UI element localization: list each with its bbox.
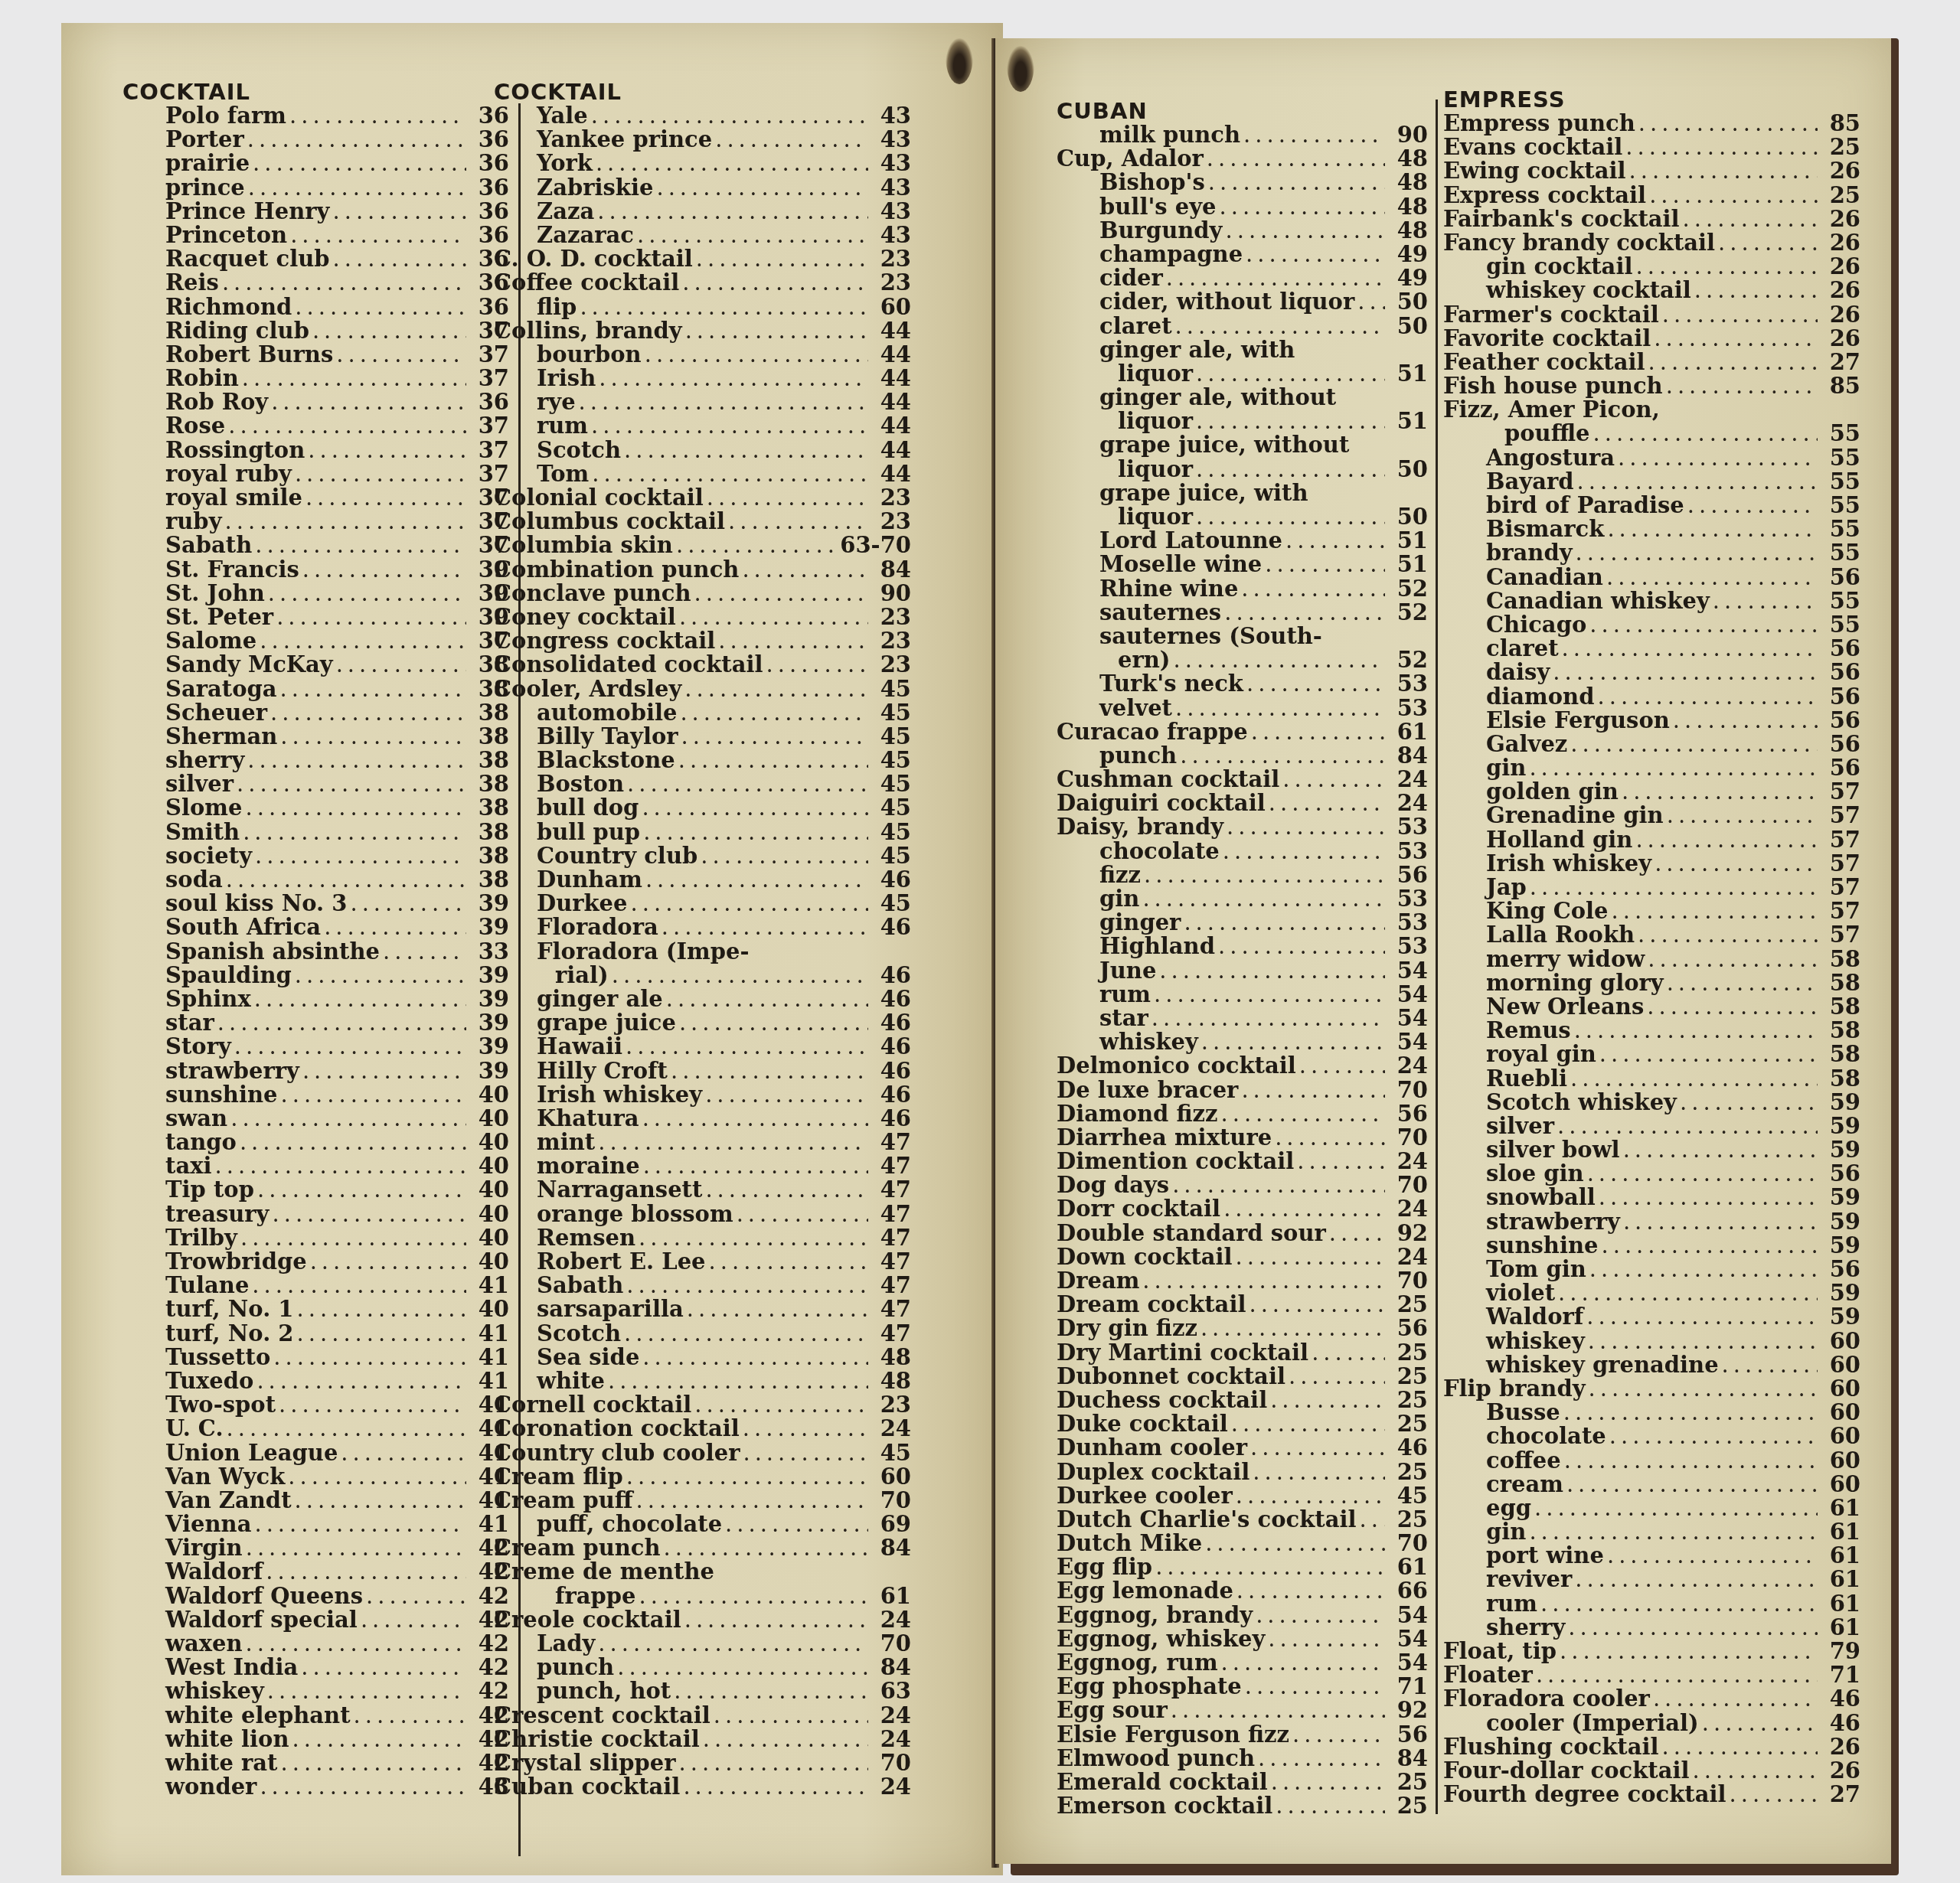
entry-page-number: 61 <box>1821 1616 1860 1640</box>
index-entry: rye44 <box>494 390 911 414</box>
index-entry: Tom gin56 <box>1443 1258 1860 1281</box>
entry-page-number: 50 <box>1388 315 1428 338</box>
dot-leader <box>1623 1138 1818 1162</box>
entry-name: puff, chocolate <box>537 1513 722 1536</box>
index-entry: West India42 <box>122 1656 509 1679</box>
dot-leader <box>1666 374 1818 398</box>
dot-leader <box>694 1393 868 1417</box>
index-entry: mint47 <box>494 1131 911 1154</box>
dot-leader <box>684 677 868 701</box>
open-book: COCKTAILPolo farm36Porter36prairie36prin… <box>23 15 1891 1883</box>
entry-name: Dubonnet cocktail <box>1057 1365 1285 1389</box>
dot-leader <box>297 1322 466 1346</box>
entry-name: Duchess cocktail <box>1057 1389 1267 1412</box>
dot-leader <box>302 558 466 582</box>
dot-leader <box>1586 1305 1818 1329</box>
entry-name: Tussetto <box>165 1346 270 1369</box>
dot-leader <box>237 772 466 796</box>
entry-page-number: 54 <box>1388 1030 1428 1054</box>
index-entry: Columbus cocktail23 <box>494 510 911 534</box>
entry-name: Columbia skin <box>494 534 673 557</box>
entry-name: Evans cocktail <box>1443 135 1622 159</box>
entry-name: New Orleans <box>1486 995 1644 1019</box>
entry-name: grape juice, without <box>1099 433 1349 457</box>
entry-name: Crescent cocktail <box>494 1704 710 1728</box>
dot-leader <box>674 1679 868 1703</box>
dot-leader <box>1570 1067 1818 1091</box>
index-entry: Daiguiri cocktail24 <box>1057 791 1428 815</box>
entry-name: Eggnog, whiskey <box>1057 1627 1265 1651</box>
dot-leader <box>1159 959 1385 983</box>
entry-name: Consolidated cocktail <box>494 653 763 677</box>
entry-page-number: 59 <box>1821 1210 1860 1234</box>
index-entry: gin61 <box>1443 1520 1860 1544</box>
dot-leader <box>1667 971 1818 995</box>
entry-page-number: 90 <box>1388 123 1428 147</box>
entry-name: Tom <box>537 462 589 486</box>
entry-name: rye <box>537 390 576 414</box>
dot-leader <box>1609 1424 1818 1448</box>
entry-page-number: 60 <box>1821 1353 1860 1377</box>
dot-leader <box>254 987 466 1011</box>
index-entry: Scotch whiskey59 <box>1443 1091 1860 1114</box>
entry-page-number: 61 <box>1821 1568 1860 1591</box>
index-entry: Yankee prince43 <box>494 128 911 152</box>
entry-page-number: 46 <box>1388 1436 1428 1460</box>
index-entry: Floater71 <box>1443 1663 1860 1687</box>
index-entry: turf, No. 241 <box>122 1322 509 1346</box>
entry-name: bird of Paradise <box>1486 494 1684 517</box>
entry-name: Hawaii <box>537 1035 622 1059</box>
entry-page-number: 60 <box>1821 1424 1860 1448</box>
entry-page-number: 71 <box>1388 1675 1428 1699</box>
index-entry: Daisy, brandy53 <box>1057 815 1428 839</box>
entry-page-number: 47 <box>871 1250 911 1274</box>
entry-name: Waldorf <box>1486 1305 1583 1329</box>
entry-page-number: 24 <box>871 1417 911 1441</box>
entry-name: Waldorf Queens <box>165 1584 363 1608</box>
index-entry: Rhine wine52 <box>1057 577 1428 601</box>
index-entry: bourbon44 <box>494 343 911 367</box>
index-entry: Duchess cocktail25 <box>1057 1389 1428 1412</box>
entry-page-number: 92 <box>1388 1222 1428 1245</box>
entry-page-number: 63 <box>871 1679 911 1703</box>
dot-leader <box>280 1083 466 1107</box>
dot-leader <box>290 224 466 247</box>
dot-leader <box>591 104 868 128</box>
entry-page-number: 44 <box>871 414 911 438</box>
entry-name: C. O. D. cocktail <box>494 247 693 271</box>
dot-leader <box>354 1704 466 1728</box>
dot-leader <box>1172 1173 1385 1197</box>
dot-leader <box>592 462 868 486</box>
entry-name: Sandy McKay <box>165 653 333 677</box>
dot-leader <box>1196 458 1385 481</box>
dot-leader <box>1166 266 1385 290</box>
entry-name: snowball <box>1486 1186 1596 1209</box>
entry-page-number: 56 <box>1821 756 1860 780</box>
entry-name: Yale <box>537 104 588 128</box>
entry-name: Floradora cooler <box>1443 1687 1650 1711</box>
index-entry: Rose37 <box>122 414 509 438</box>
dot-leader <box>1196 505 1385 529</box>
dot-leader <box>637 224 868 247</box>
entry-name: Bismarck <box>1486 517 1604 541</box>
index-entry: Curacao frappe61 <box>1057 720 1428 744</box>
entry-page-number: 56 <box>1821 1258 1860 1281</box>
entry-name: Burgundy <box>1099 219 1222 243</box>
entry-name: Cup, Adalor <box>1057 147 1204 171</box>
entry-page-number: 45 <box>871 1441 911 1465</box>
index-entry: star54 <box>1057 1007 1428 1030</box>
index-entry: Dog days70 <box>1057 1173 1428 1197</box>
index-entry: bird of Paradise55 <box>1443 494 1860 517</box>
entry-name: Elsie Ferguson <box>1486 709 1670 733</box>
column-heading: CUBAN <box>1057 100 1428 123</box>
entry-name: Dunham cooler <box>1057 1436 1247 1460</box>
index-entry: Union League41 <box>122 1441 509 1465</box>
entry-name: Eggnog, rum <box>1057 1651 1218 1675</box>
index-entry: Diarrhea mixture70 <box>1057 1126 1428 1150</box>
index-entry: Two-spot41 <box>122 1393 509 1417</box>
dot-leader <box>289 104 466 128</box>
index-entry: silver bowl59 <box>1443 1138 1860 1162</box>
index-entry: Emerald cocktail25 <box>1057 1770 1428 1794</box>
dot-leader <box>643 821 868 844</box>
entry-page-number: 47 <box>871 1297 911 1321</box>
index-entry: Dunham46 <box>494 868 911 892</box>
entry-page-number: 25 <box>1388 1794 1428 1818</box>
entry-name: Rob Roy <box>165 390 268 414</box>
entry-page-number: 49 <box>1388 243 1428 266</box>
index-entry: Busse60 <box>1443 1401 1860 1424</box>
entry-name: Remsen <box>537 1226 635 1250</box>
entry-name: ginger ale, without <box>1099 386 1336 410</box>
dot-leader <box>280 1751 466 1775</box>
dot-leader <box>725 1513 868 1536</box>
index-entry: Fish house punch85 <box>1443 374 1860 398</box>
binding-hole-icon <box>946 38 973 84</box>
dot-leader <box>1718 231 1818 255</box>
entry-name: Princeton <box>165 224 287 247</box>
entry-page-number: 57 <box>1821 876 1860 899</box>
entry-page-number: 25 <box>1388 1770 1428 1794</box>
entry-name: Boston <box>537 772 624 796</box>
entry-name: Durkee <box>537 892 628 915</box>
index-entry: Irish whiskey46 <box>494 1083 911 1107</box>
entry-page-number: 23 <box>871 247 911 271</box>
entry-name: rum <box>537 414 588 438</box>
entry-page-number: 25 <box>1821 184 1860 207</box>
entry-name: Ruebli <box>1486 1067 1567 1091</box>
index-entry: Eggnog, whiskey54 <box>1057 1627 1428 1651</box>
entry-page-number: 60 <box>1821 1449 1860 1473</box>
dot-leader <box>624 439 868 462</box>
index-entry: society38 <box>122 844 509 868</box>
entry-page-number: 25 <box>1388 1293 1428 1317</box>
entry-name: Collins, brandy <box>494 319 682 343</box>
entry-page-number: 56 <box>1388 1102 1428 1126</box>
entry-name: St. John <box>165 582 265 605</box>
dot-leader <box>1622 780 1818 804</box>
dot-leader <box>656 176 868 200</box>
dot-leader <box>247 749 466 772</box>
dot-leader <box>1265 553 1385 576</box>
index-entry: Robin37 <box>122 367 509 390</box>
entry-name: De luxe bracer <box>1057 1079 1238 1102</box>
entry-page-number: 43 <box>871 152 911 175</box>
dot-leader <box>1577 470 1818 494</box>
dot-leader <box>1648 351 1818 374</box>
entry-name: merry widow <box>1486 948 1645 971</box>
index-entry: New Orleans58 <box>1443 995 1860 1019</box>
index-entry: Duplex cocktail25 <box>1057 1460 1428 1484</box>
entry-page-number: 24 <box>1388 1245 1428 1269</box>
index-entry: royal gin58 <box>1443 1043 1860 1066</box>
entry-name: Holland gin <box>1486 828 1632 852</box>
dot-leader <box>279 1393 466 1417</box>
index-entry: port wine61 <box>1443 1544 1860 1568</box>
dot-leader <box>1227 815 1385 839</box>
index-entry: Remsen47 <box>494 1226 911 1250</box>
entry-name: brandy <box>1486 541 1573 565</box>
dot-leader <box>703 1728 868 1751</box>
dot-leader <box>297 1297 466 1321</box>
entry-page-number: 55 <box>1821 589 1860 613</box>
entry-page-number: 24 <box>871 1728 911 1751</box>
entry-name: Dry Martini cocktail <box>1057 1341 1308 1365</box>
dot-leader <box>742 558 868 582</box>
entry-name: Dunham <box>537 868 642 892</box>
index-entry: Combination punch84 <box>494 558 911 582</box>
dot-leader <box>596 152 868 175</box>
index-entry: Crescent cocktail24 <box>494 1704 911 1728</box>
index-entry: Dream70 <box>1057 1269 1428 1293</box>
dot-leader <box>245 796 466 820</box>
dot-leader <box>308 439 466 462</box>
dot-leader <box>1243 123 1385 147</box>
index-entry: Riding club37 <box>122 319 509 343</box>
entry-name: Bayard <box>1486 470 1574 494</box>
index-entry: ginger ale46 <box>494 987 911 1011</box>
column-heading: COCKTAIL <box>122 80 509 104</box>
index-entry: Sphinx39 <box>122 987 509 1011</box>
entry-page-number: 56 <box>1821 661 1860 684</box>
entry-page-number: 63-70 <box>840 534 911 557</box>
entry-name: turf, No. 2 <box>165 1322 294 1346</box>
entry-page-number: 52 <box>1388 648 1428 672</box>
entry-name: Sabath <box>165 534 252 557</box>
entry-name: grape juice <box>537 1011 676 1035</box>
entry-name: cooler (Imperial) <box>1486 1712 1699 1735</box>
dot-leader <box>1271 1770 1385 1794</box>
index-entry: soda38 <box>122 868 509 892</box>
dot-leader <box>336 343 466 367</box>
entry-page-number: 59 <box>1821 1234 1860 1258</box>
index-entry: Dorr cocktail24 <box>1057 1197 1428 1221</box>
dot-leader <box>1297 1150 1385 1173</box>
dot-leader <box>276 605 466 629</box>
index-entry: ern)52 <box>1057 648 1428 672</box>
entry-page-number: 84 <box>1388 1747 1428 1770</box>
entry-page-number: 55 <box>1821 494 1860 517</box>
dot-leader <box>253 152 466 175</box>
index-entry: Rob Roy36 <box>122 390 509 414</box>
entry-name: Floradora <box>537 915 658 939</box>
index-entry: Four-dollar cocktail26 <box>1443 1759 1860 1783</box>
dot-leader <box>728 510 868 534</box>
entry-name: silver <box>165 772 234 796</box>
index-entry: Reis36 <box>122 271 509 295</box>
entry-page-number: 58 <box>1821 971 1860 995</box>
entry-name: Fish house punch <box>1443 374 1663 398</box>
entry-name: Reis <box>165 271 219 295</box>
index-entry: Burgundy48 <box>1057 219 1428 243</box>
entry-page-number: 51 <box>1388 553 1428 576</box>
dot-leader <box>228 414 466 438</box>
index-entry: puff, chocolate69 <box>494 1513 911 1536</box>
index-entry: Elsie Ferguson56 <box>1443 709 1860 733</box>
entry-name: Elmwood punch <box>1057 1747 1255 1770</box>
dot-leader <box>1534 1496 1818 1520</box>
dot-leader <box>295 964 466 987</box>
index-entry: Evans cocktail25 <box>1443 135 1860 159</box>
entry-name: Dream cocktail <box>1057 1293 1246 1317</box>
index-entry: Robert Burns37 <box>122 343 509 367</box>
dot-leader <box>612 964 868 987</box>
index-entry: daisy56 <box>1443 661 1860 684</box>
index-entry: Creole cocktail24 <box>494 1608 911 1632</box>
dot-leader <box>664 1536 868 1560</box>
dot-leader <box>1566 1473 1818 1496</box>
entry-page-number: 57 <box>1821 923 1860 947</box>
dot-leader <box>1562 637 1818 661</box>
entry-page-number: 90 <box>871 582 911 605</box>
index-entry: gin56 <box>1443 756 1860 780</box>
dot-leader <box>1589 1377 1818 1401</box>
dot-leader <box>295 1489 466 1513</box>
index-entry: Coney cocktail23 <box>494 605 911 629</box>
dot-leader <box>1599 1186 1818 1209</box>
index-entry: Dutch Charlie's cocktail25 <box>1057 1508 1428 1532</box>
entry-name: Rossington <box>165 439 305 462</box>
index-entry: Dry gin fizz56 <box>1057 1317 1428 1340</box>
dot-leader <box>1563 1401 1818 1424</box>
index-entry: whiskey cocktail26 <box>1443 279 1860 302</box>
left-page: COCKTAILPolo farm36Porter36prairie36prin… <box>61 23 1003 1875</box>
index-entry: Story39 <box>122 1035 509 1059</box>
dot-leader <box>1175 697 1385 720</box>
entry-name: royal gin <box>1486 1043 1596 1066</box>
entry-name: Zaza <box>537 200 594 224</box>
index-entry: cider, without liquor50 <box>1057 290 1428 314</box>
dot-leader <box>1593 422 1818 445</box>
dot-leader <box>280 677 466 701</box>
entry-page-number: 61 <box>1821 1544 1860 1568</box>
dot-leader <box>1357 290 1385 314</box>
dot-leader <box>1702 1712 1818 1735</box>
dot-leader <box>705 1178 868 1202</box>
index-entry: Princeton36 <box>122 224 509 247</box>
dot-leader <box>1649 184 1818 207</box>
dot-leader <box>332 200 466 224</box>
index-entry: ginger53 <box>1057 911 1428 935</box>
dot-leader <box>1253 1460 1385 1484</box>
entry-page-number: 44 <box>871 390 911 414</box>
dot-leader <box>743 1417 868 1441</box>
index-entry: whiskey42 <box>122 1679 509 1703</box>
entry-page-number: 55 <box>1821 613 1860 637</box>
index-entry: Blackstone45 <box>494 749 911 772</box>
entry-page-number: 45 <box>871 821 911 844</box>
dot-leader <box>678 749 868 772</box>
entry-name: Cream puff <box>494 1489 633 1513</box>
entry-page-number: 53 <box>1388 815 1428 839</box>
dot-leader <box>1558 1281 1818 1305</box>
entry-name: Irish whiskey <box>1486 852 1651 876</box>
entry-name: whiskey <box>1099 1030 1198 1054</box>
index-entry: tango40 <box>122 1131 509 1154</box>
index-entry: Cushman cocktail24 <box>1057 768 1428 791</box>
entry-page-number: 47 <box>871 1226 911 1250</box>
entry-page-number: 56 <box>1821 685 1860 709</box>
entry-page-number: 46 <box>871 915 911 939</box>
dot-leader <box>1568 1616 1818 1640</box>
dot-leader <box>1275 1126 1385 1150</box>
index-entry: chocolate60 <box>1443 1424 1860 1448</box>
entry-name: frappe <box>555 1584 636 1608</box>
index-entry: violet59 <box>1443 1281 1860 1305</box>
entry-page-number: 52 <box>1388 577 1428 601</box>
dot-leader <box>685 319 868 343</box>
entry-page-number: 55 <box>1821 446 1860 470</box>
index-entry: Dutch Mike70 <box>1057 1532 1428 1555</box>
entry-name: Hilly Croft <box>537 1059 668 1083</box>
entry-name: daisy <box>1486 661 1550 684</box>
dot-leader <box>598 1632 868 1656</box>
entry-page-number: 47 <box>871 1274 911 1297</box>
entry-page-number: 51 <box>1388 362 1428 386</box>
dot-leader <box>1236 1484 1385 1508</box>
index-entry: waxen42 <box>122 1632 509 1656</box>
index-entry: Trowbridge40 <box>122 1250 509 1274</box>
dot-leader <box>643 1154 868 1178</box>
dot-leader <box>580 295 868 319</box>
entry-page-number: 27 <box>1821 351 1860 374</box>
index-entry: royal smile37 <box>122 486 509 510</box>
entry-page-number: 45 <box>871 772 911 796</box>
entry-name: whiskey <box>165 1679 264 1703</box>
entry-name: Tuxedo <box>165 1369 253 1393</box>
dot-leader <box>1574 1019 1818 1043</box>
entry-page-number: 66 <box>1388 1579 1428 1603</box>
entry-page-number: 23 <box>871 629 911 653</box>
dot-leader <box>256 1369 466 1393</box>
entry-page-number: 26 <box>1821 159 1860 183</box>
index-entry: Egg lemonade66 <box>1057 1579 1428 1603</box>
index-entry: cooler (Imperial)46 <box>1443 1712 1860 1735</box>
entry-name: Salome <box>165 629 256 653</box>
dot-leader <box>682 271 868 295</box>
entry-name: Sherman <box>165 725 277 749</box>
index-entry: white rat42 <box>122 1751 509 1775</box>
entry-name: rial) <box>555 964 609 987</box>
entry-page-number: 24 <box>1388 1150 1428 1173</box>
entry-name: wonder <box>165 1775 256 1799</box>
index-entry: golden gin57 <box>1443 780 1860 804</box>
dot-leader <box>1151 1007 1385 1030</box>
index-column-3: CUBANmilk punch90Cup, Adalor48Bishop's48… <box>1057 100 1428 1818</box>
